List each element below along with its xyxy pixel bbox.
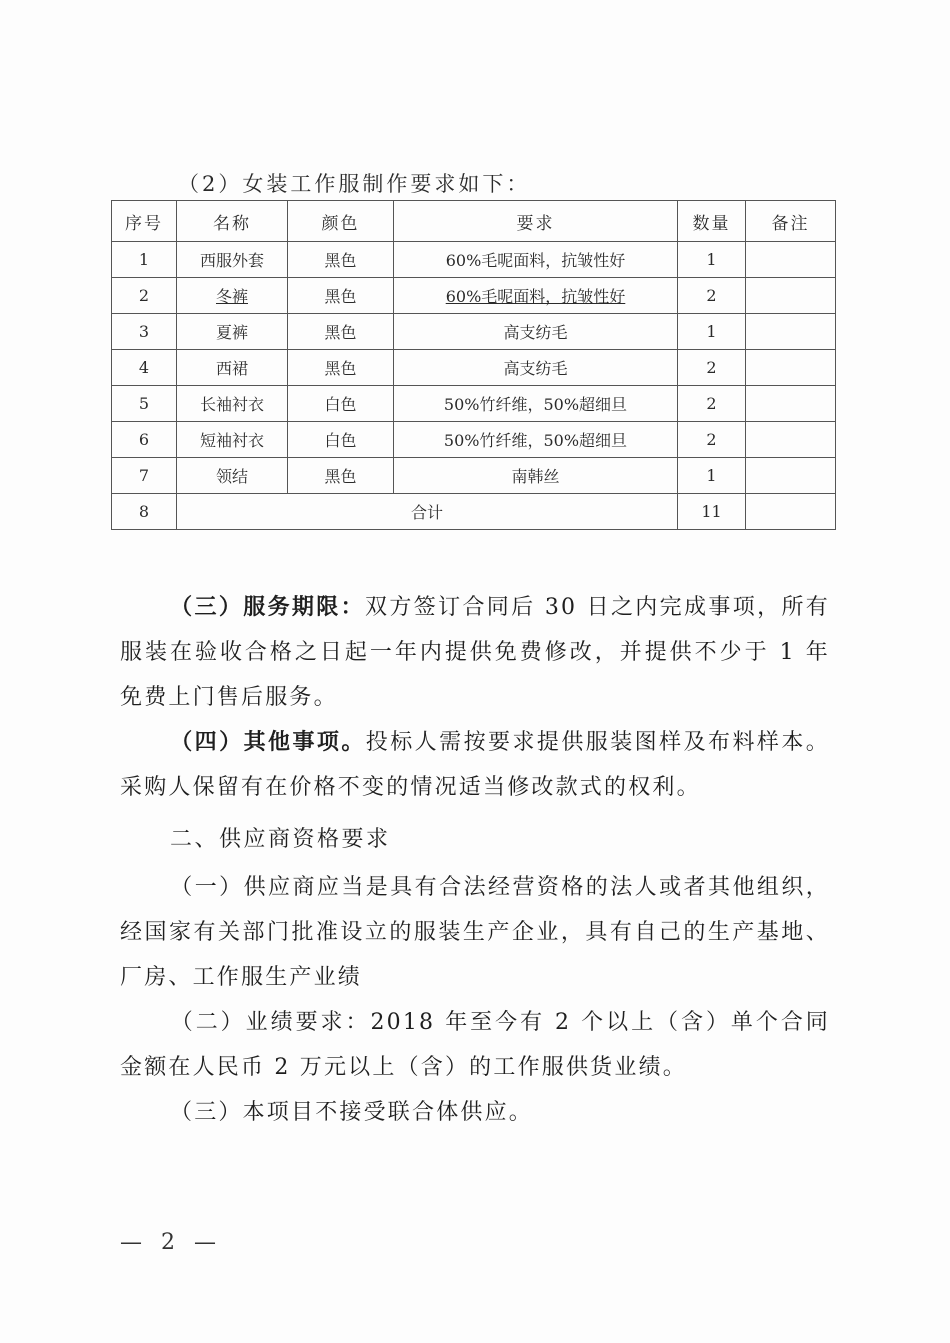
cell-no: 6 [112,422,177,458]
cell-note [746,278,836,314]
cell-note [746,350,836,386]
cell-quantity: 2 [678,350,746,386]
cell-note [746,458,836,494]
cell-color: 黑色 [288,242,394,278]
cell-note [746,242,836,278]
qualification-item-1: （一）供应商应当是具有合法经营资格的法人或者其他组织，经国家有关部门批准设立的服… [120,865,830,1000]
header-requirement: 要求 [394,201,678,242]
cell-no: 1 [112,242,177,278]
cell-color: 白色 [288,422,394,458]
cell-no: 2 [112,278,177,314]
cell-name: 短袖衬衣 [177,422,288,458]
cell-requirement: 高支纺毛 [394,314,678,350]
cell-no: 7 [112,458,177,494]
qualification-item-2-text: （二）业绩要求：2018 年至今有 2 个以上（含）单个合同金额在人民币 2 万… [120,1010,830,1080]
table-header-row: 序号 名称 颜色 要求 数量 备注 [112,201,836,242]
table-row: 2 冬裤 黑色 60%毛呢面料，抗皱性好 2 [112,278,836,314]
cell-name: 夏裤 [177,314,288,350]
cell-color: 黑色 [288,278,394,314]
uniform-spec-table: 序号 名称 颜色 要求 数量 备注 1 西服外套 黑色 60%毛呢面料，抗皱性好… [111,200,836,530]
cell-note [746,494,836,530]
cell-quantity: 1 [678,314,746,350]
cell-note [746,422,836,458]
cell-name: 长袖衬衣 [177,386,288,422]
header-no: 序号 [112,201,177,242]
table-row: 5 长袖衬衣 白色 50%竹纤维，50%超细旦 2 [112,386,836,422]
service-period-paragraph: （三）服务期限：双方签订合同后 30 日之内完成事项，所有服装在验收合格之日起一… [120,585,830,720]
table-row: 7 领结 黑色 南韩丝 1 [112,458,836,494]
qualification-item-3: （三）本项目不接受联合体供应。 [120,1090,830,1135]
cell-color: 黑色 [288,350,394,386]
header-quantity: 数量 [678,201,746,242]
total-quantity: 11 [678,494,746,530]
cell-quantity: 2 [678,278,746,314]
cell-requirement: 60%毛呢面料，抗皱性好 [394,242,678,278]
cell-quantity: 1 [678,242,746,278]
table-row: 1 西服外套 黑色 60%毛呢面料，抗皱性好 1 [112,242,836,278]
cell-requirement: 南韩丝 [394,458,678,494]
cell-color: 黑色 [288,458,394,494]
cell-requirement: 50%竹纤维，50%超细旦 [394,422,678,458]
cell-quantity: 2 [678,422,746,458]
cell-no: 5 [112,386,177,422]
cell-color: 黑色 [288,314,394,350]
qualification-item-2: （二）业绩要求：2018 年至今有 2 个以上（含）单个合同金额在人民币 2 万… [120,1000,830,1090]
table-total-row: 8 合计 11 [112,494,836,530]
cell-no: 3 [112,314,177,350]
cell-requirement: 高支纺毛 [394,350,678,386]
cell-note [746,386,836,422]
cell-color: 白色 [288,386,394,422]
service-period-title: （三）服务期限： [170,595,365,620]
total-label: 合计 [177,494,678,530]
cell-requirement-text: 60%毛呢面料，抗皱性好 [446,287,626,306]
cell-requirement: 60%毛呢面料，抗皱性好 [394,278,678,314]
table-row: 3 夏裤 黑色 高支纺毛 1 [112,314,836,350]
other-matters-title: （四）其他事项。 [170,730,366,755]
table-row: 6 短袖衬衣 白色 50%竹纤维，50%超细旦 2 [112,422,836,458]
table-row: 4 西裙 黑色 高支纺毛 2 [112,350,836,386]
qualification-heading: 二、供应商资格要求 [170,822,391,853]
other-matters-paragraph: （四）其他事项。投标人需按要求提供服装图样及布料样本。采购人保留有在价格不变的情… [120,720,830,810]
header-name: 名称 [177,201,288,242]
cell-name: 西服外套 [177,242,288,278]
cell-name: 西裙 [177,350,288,386]
header-color: 颜色 [288,201,394,242]
qualification-item-1-text: （一）供应商应当是具有合法经营资格的法人或者其他组织，经国家有关部门批准设立的服… [120,875,830,990]
cell-quantity: 1 [678,458,746,494]
cell-name: 冬裤 [177,278,288,314]
page-number: — 2 — [120,1230,222,1255]
cell-no: 8 [112,494,177,530]
cell-requirement: 50%竹纤维，50%超细旦 [394,386,678,422]
header-note: 备注 [746,201,836,242]
cell-quantity: 2 [678,386,746,422]
cell-name-text: 冬裤 [216,287,248,306]
qualification-item-3-text: （三）本项目不接受联合体供应。 [170,1100,533,1125]
cell-no: 4 [112,350,177,386]
cell-note [746,314,836,350]
cell-name: 领结 [177,458,288,494]
table-caption: （2）女装工作服制作要求如下： [178,168,530,198]
